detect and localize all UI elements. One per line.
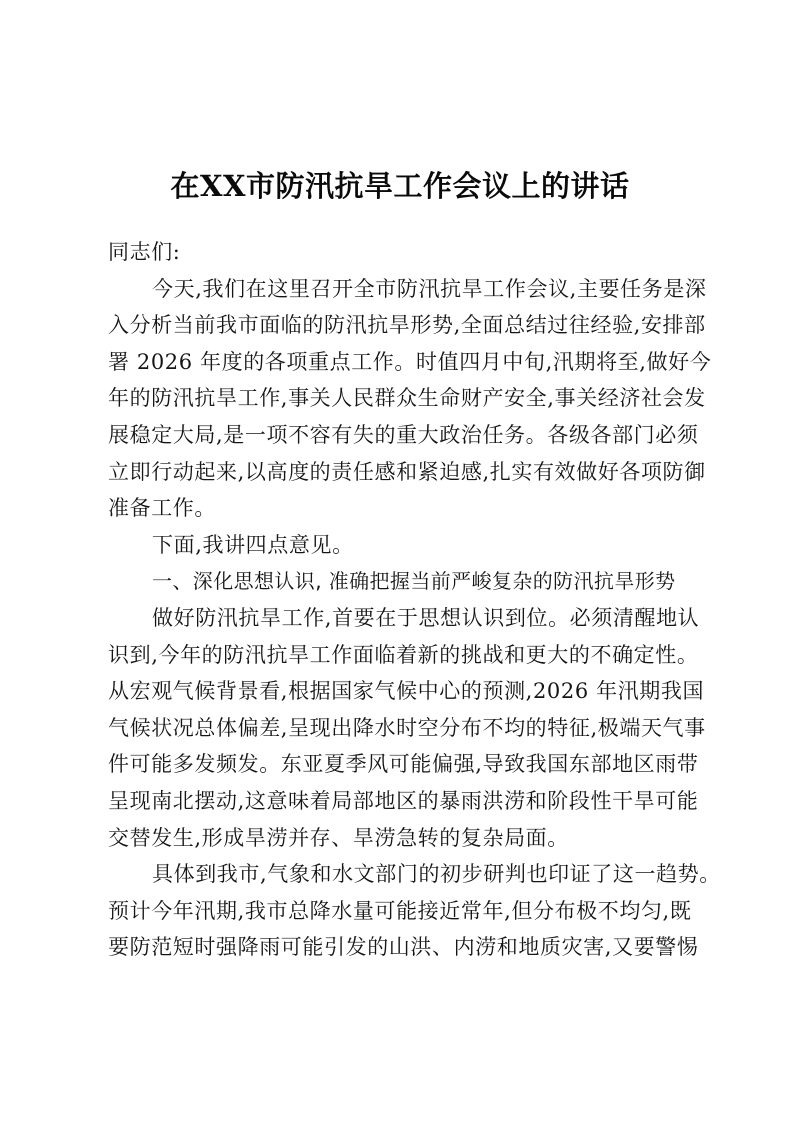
document-page: 在XX市防汛抗旱工作会议上的讲话 同志们: 今天,我们在这里召开全市防汛抗旱工作…: [0, 0, 800, 1131]
paragraph-line: 今天,我们在这里召开全市防汛抗旱工作会议,主要任务是深: [108, 271, 708, 308]
paragraph-line: 识到,今年的防汛抗旱工作面临着新的挑战和更大的不确定性。: [108, 637, 708, 674]
paragraph-line: 要防范短时强降雨可能引发的山洪、内涝和地质灾害,又要警惕: [108, 929, 708, 966]
paragraph-line: 展稳定大局,是一项不容有失的重大政治任务。各级各部门必须: [108, 417, 708, 454]
paragraph-line: 入分析当前我市面临的防汛抗旱形势,全面总结过往经验,安排部: [108, 307, 708, 344]
salutation: 同志们:: [108, 234, 708, 271]
paragraph-local-forecast: 具体到我市,气象和水文部门的初步研判也印证了这一趋势。 预计今年汛期,我市总降水…: [108, 856, 708, 966]
paragraph-line: 交替发生,形成旱涝并存、旱涝急转的复杂局面。: [108, 820, 708, 857]
section-heading-text: 一、深化思想认识, 准确把握当前严峻复杂的防汛抗旱形势: [108, 563, 708, 600]
paragraph-line: 气候状况总体偏差,呈现出降水时空分布不均的特征,极端天气事: [108, 710, 708, 747]
paragraph-line: 下面,我讲四点意见。: [108, 527, 708, 564]
paragraph-line: 呈现南北摆动,这意味着局部地区的暴雨洪涝和阶段性干旱可能: [108, 783, 708, 820]
paragraph-line: 准备工作。: [108, 490, 708, 527]
section-heading-1: 一、深化思想认识, 准确把握当前严峻复杂的防汛抗旱形势: [108, 563, 708, 600]
paragraph-line: 署 2026 年度的各项重点工作。时值四月中旬,汛期将至,做好今: [108, 344, 708, 381]
paragraph-line: 件可能多发频发。东亚夏季风可能偏强,导致我国东部地区雨带: [108, 746, 708, 783]
document-title: 在XX市防汛抗旱工作会议上的讲话: [0, 166, 800, 206]
paragraph-opening: 今天,我们在这里召开全市防汛抗旱工作会议,主要任务是深 入分析当前我市面临的防汛…: [108, 271, 708, 527]
document-body: 同志们: 今天,我们在这里召开全市防汛抗旱工作会议,主要任务是深 入分析当前我市…: [108, 234, 708, 966]
paragraph-climate-outlook: 做好防汛抗旱工作,首要在于思想认识到位。必须清醒地认 识到,今年的防汛抗旱工作面…: [108, 600, 708, 856]
paragraph-line: 年的防汛抗旱工作,事关人民群众生命财产安全,事关经济社会发: [108, 380, 708, 417]
paragraph-line: 具体到我市,气象和水文部门的初步研判也印证了这一趋势。: [108, 856, 708, 893]
paragraph-line: 做好防汛抗旱工作,首要在于思想认识到位。必须清醒地认: [108, 600, 708, 637]
paragraph-line: 从宏观气候背景看,根据国家气候中心的预测,2026 年汛期我国: [108, 673, 708, 710]
paragraph-outline-intro: 下面,我讲四点意见。: [108, 527, 708, 564]
paragraph-line: 立即行动起来,以高度的责任感和紧迫感,扎实有效做好各项防御: [108, 454, 708, 491]
paragraph-line: 预计今年汛期,我市总降水量可能接近常年,但分布极不均匀,既: [108, 893, 708, 930]
